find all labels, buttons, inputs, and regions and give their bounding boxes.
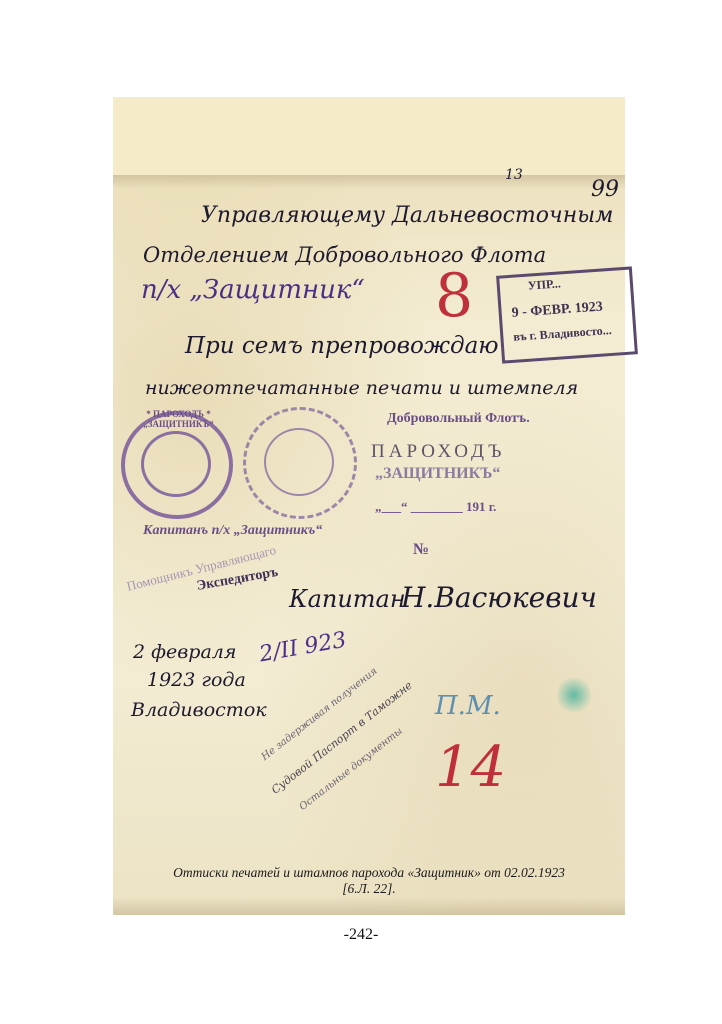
number-sign-stamp: № <box>413 541 429 559</box>
handwritten-line-5: нижеотпечатанные печати и штемпеля <box>145 377 578 399</box>
handwritten-line-1: Управляющему Дальневосточным <box>201 203 613 228</box>
figure-frame: 13 99 Управляющему Дальневосточным Отдел… <box>113 97 625 903</box>
ink-blot <box>557 675 591 715</box>
handwritten-date-line-2: 1923 года <box>147 669 246 691</box>
red-mark-14: 14 <box>435 735 506 800</box>
handwritten-date-line-3: Владивосток <box>131 699 267 721</box>
handwritten-date-line-1: 2 февраля <box>133 641 236 663</box>
signature-captain-title: Капитан <box>289 585 406 613</box>
captain-stamp: Капитанъ п/х „Защитникъ“ <box>143 523 322 539</box>
handwritten-line-4: При семъ препровождаю <box>185 333 499 359</box>
signature-name: Н.Васюкевич <box>401 581 597 614</box>
handwritten-line-2: Отделением Добровольного Флота <box>143 243 546 267</box>
folio-mark-99: 99 <box>591 177 619 202</box>
received-date-stamp: УПР... 9 - ФЕВР. 1923 въ г. Владивосто..… <box>496 266 638 363</box>
page-number: -242- <box>0 926 722 944</box>
caption-line-2: [6.Л. 22]. <box>113 881 625 897</box>
archival-document-image: 13 99 Управляющему Дальневосточным Отдел… <box>113 175 625 915</box>
handwritten-ship-name: п/х „Защитник“ <box>141 275 365 305</box>
ship-stamp: Добровольный Флотъ. ПАРОХОДЪ „ЗАЩИТНИКЪ“… <box>365 411 545 529</box>
folio-mark-13: 13 <box>505 167 523 183</box>
round-stamp-monogram <box>243 407 357 519</box>
initials-date: 2/II 923 <box>257 628 348 668</box>
caption-line-1: Оттиски печатей и штампов парохода «Защи… <box>113 865 625 881</box>
round-stamp-ship: * ПАРОХОДЪ * „ЗАЩИТНИКЪ“ <box>121 411 233 519</box>
blue-initials: П.М. <box>435 691 501 721</box>
red-mark-8: 8 <box>435 261 473 331</box>
figure-caption: Оттиски печатей и штампов парохода «Защи… <box>113 865 625 897</box>
pencil-note-3: Остальные документы <box>298 726 405 813</box>
